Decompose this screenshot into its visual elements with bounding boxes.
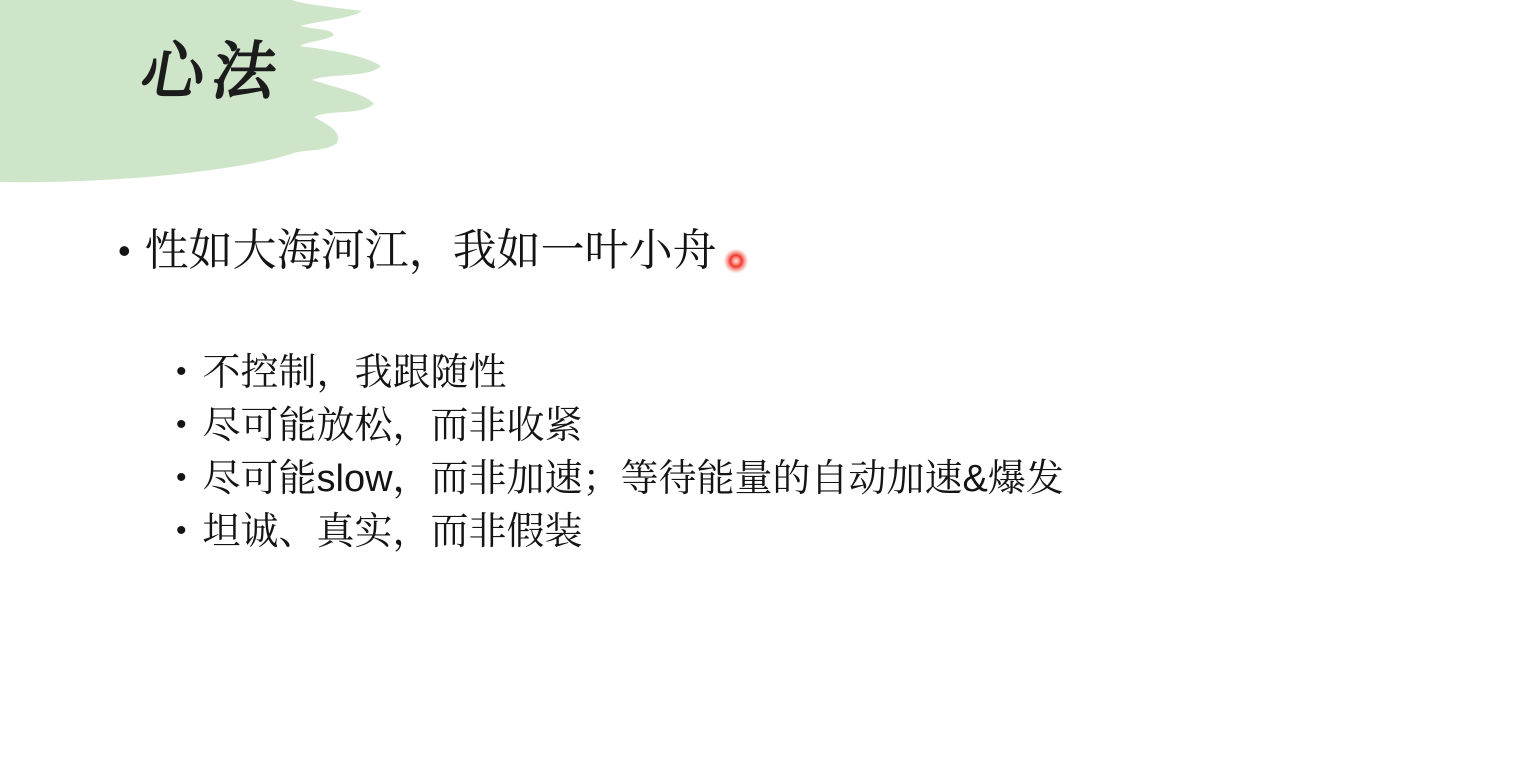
bullet-marker: • [176, 509, 187, 553]
bullet-marker: • [176, 350, 187, 394]
sub-bullet-text: 不控制，我跟随性 [203, 350, 507, 396]
list-item: • 坦诚、真实，而非假装 [176, 509, 1064, 562]
presentation-slide: 心法 • 性如大海河江，我如一叶小舟 • 不控制，我跟随性 • 尽可能放松，而非… [0, 0, 1536, 776]
main-bullet-text: 性如大海河江，我如一叶小舟 [145, 226, 717, 277]
bullet-marker: • [176, 403, 187, 447]
sub-bullet-list: • 不控制，我跟随性 • 尽可能放松，而非收紧 • 尽可能slow，而非加速；等… [176, 350, 1064, 562]
laser-pointer-dot [724, 249, 748, 273]
bullet-marker: • [176, 456, 187, 500]
list-item: • 尽可能放松，而非收紧 [176, 403, 1064, 456]
list-item: • 不控制，我跟随性 [176, 350, 1064, 403]
sub-bullet-text: 坦诚、真实，而非假装 [203, 509, 583, 555]
slide-title: 心法 [112, 38, 314, 107]
sub-bullet-text: 尽可能放松，而非收紧 [203, 403, 583, 449]
sub-bullet-text: 尽可能slow，而非加速；等待能量的自动加速&爆发 [203, 456, 1064, 502]
main-bullet-line: • 性如大海河江，我如一叶小舟 [118, 226, 717, 277]
list-item: • 尽可能slow，而非加速；等待能量的自动加速&爆发 [176, 456, 1064, 509]
bullet-marker: • [118, 226, 131, 276]
